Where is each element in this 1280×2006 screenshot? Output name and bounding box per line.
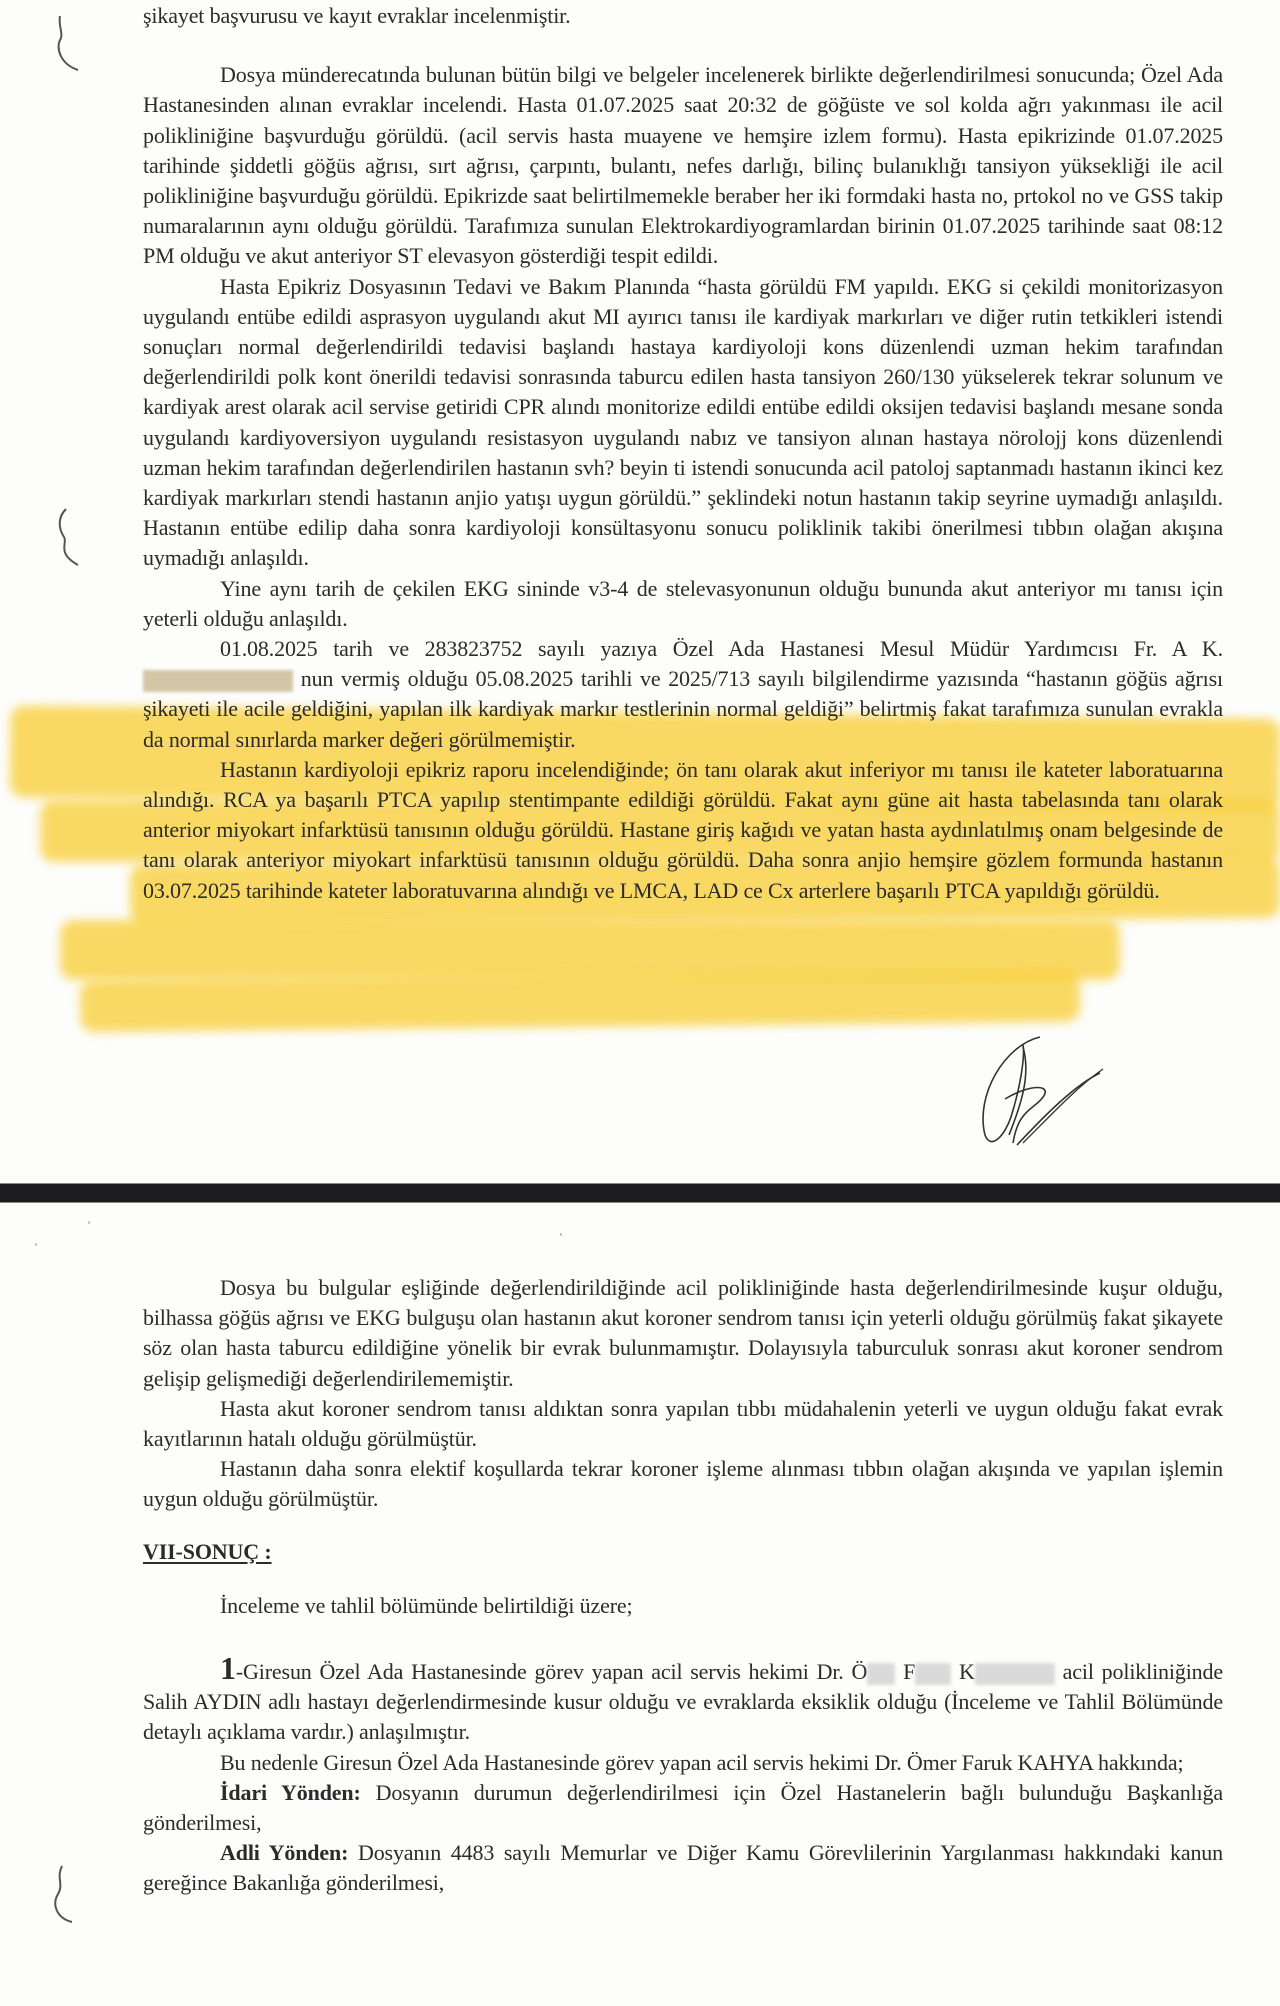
document-page-bottom: Dosya bu bulgular eşliğinde değerlendiri… [0,1203,1280,2006]
paragraph-hospital-letter-rest: nun vermiş olduğu 05.08.2025 tarihli ve … [143,666,1223,751]
paragraph-elective: Hastanın daha sonra elektif koşullarda t… [143,1454,1223,1514]
judicial-direction: Adli Yönden: Dosyanın 4483 sayılı Memurl… [143,1838,1223,1898]
paragraph-evaluation: Dosya bu bulgular eşliğinde değerlendiri… [143,1273,1223,1394]
document-text-top: şikayet başvurusu ve kayıt evraklar ince… [143,1,1223,906]
admin-label: İdari Yönden: [220,1780,361,1805]
intro-line: şikayet başvurusu ve kayıt evraklar ince… [143,1,1223,31]
paragraph-intervention: Hasta akut koroner sendrom tanısı aldıkt… [143,1394,1223,1454]
redacted-name [143,670,293,692]
paragraph-cardiology-epicrisis: Hastanın kardiyoloji epikriz raporu ince… [143,755,1223,906]
paragraph-reason: Bu nedenle Giresun Özel Ada Hastanesinde… [143,1748,1223,1778]
paragraph-treatment-plan: Hasta Epikriz Dosyasının Tedavi ve Bakım… [143,272,1223,574]
paragraph-ekg: Yine aynı tarih de çekilen EKG sininde v… [143,574,1223,634]
paragraph-hospital-letter-start: 01.08.2025 tarih ve 283823752 sayılı yaz… [220,636,1157,661]
highlight-band [80,970,1080,1032]
signature [965,1025,1145,1155]
redacted-name [915,1663,951,1685]
admin-direction: İdari Yönden: Dosyanın durumun değerlend… [143,1778,1223,1838]
document-text-bottom: Dosya bu bulgular eşliğinde değerlendiri… [143,1273,1223,1899]
conclusion-intro: İnceleme ve tahlil bölümünde belirtildiğ… [143,1591,1223,1621]
item-number: 1 [220,1650,236,1686]
margin-bracket-mark [50,1864,90,1934]
conclusion-item-1: 1-Giresun Özel Ada Hastanesinde görev ya… [143,1653,1223,1748]
redacted-name-initials: A K. [1172,636,1223,661]
page-divider [0,1183,1280,1203]
section-heading-conclusion: VII-SONUÇ : [143,1537,1223,1567]
margin-bracket-mark [52,505,92,575]
paragraph-hospital-letter: 01.08.2025 tarih ve 283823752 sayılı yaz… [143,634,1223,755]
margin-bracket-mark [52,12,92,82]
paragraph-file-contents: Dosya münderecatında bulunan bütün bilgi… [143,60,1223,271]
judicial-label: Adli Yönden: [220,1840,348,1865]
redacted-name [975,1663,1055,1685]
redacted-name [867,1663,895,1685]
document-page-top: şikayet başvurusu ve kayıt evraklar ince… [0,0,1280,1183]
